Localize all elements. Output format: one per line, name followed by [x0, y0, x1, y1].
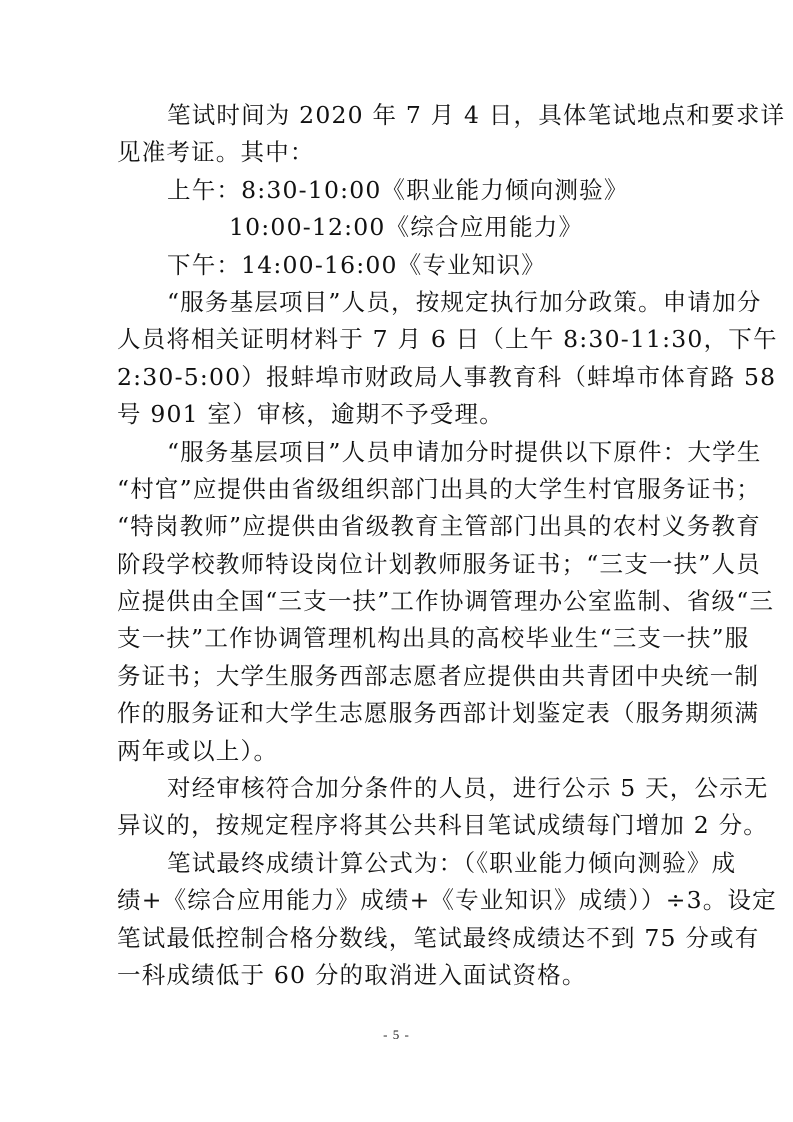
text-line: 支一扶”工作协调管理机构出具的高校毕业生“三支一扶”服 [117, 620, 679, 657]
schedule-subject: 《职业能力倾向测验》 [382, 176, 629, 204]
paragraph-exam-time: 笔试时间为 2020 年 7 月 4 日，具体笔试地点和要求详 见准考证。其中： [117, 97, 679, 172]
paragraph-bonus-policy: “服务基层项目”人员，按规定执行加分政策。申请加分 人员将相关证明材料于 7 月… [117, 284, 679, 434]
text-line: 见准考证。其中： [117, 134, 679, 171]
text-line: 异议的，按规定程序将其公共科目笔试成绩每门增加 2 分。 [117, 807, 679, 844]
text-line: 两年或以上）。 [117, 733, 679, 770]
text-line: 绩+《综合应用能力》成绩+《专业知识》成绩））÷3。设定 [117, 882, 679, 919]
schedule-time: 8:30-10:00 [241, 176, 381, 204]
text-line: 笔试最终成绩计算公式为：（《职业能力倾向测验》成 [117, 845, 679, 882]
text-line: 作的服务证和大学生志愿服务西部计划鉴定表（服务期须满 [117, 695, 679, 732]
text-line: 笔试时间为 2020 年 7 月 4 日，具体笔试地点和要求详 [117, 97, 679, 134]
schedule-period: 下午： [167, 251, 241, 279]
schedule-time: 10:00-12:00 [229, 213, 386, 241]
page-body: 笔试时间为 2020 年 7 月 4 日，具体笔试地点和要求详 见准考证。其中：… [117, 97, 679, 994]
schedule-period: 上午： [167, 176, 241, 204]
document-page: 笔试时间为 2020 年 7 月 4 日，具体笔试地点和要求详 见准考证。其中：… [0, 0, 793, 1122]
text-line: “服务基层项目”人员申请加分时提供以下原件：大学生 [117, 434, 679, 471]
text-line: “服务基层项目”人员，按规定执行加分政策。申请加分 [117, 284, 679, 321]
schedule-item: 10:00-12:00《综合应用能力》 [117, 209, 679, 246]
text-line: 号 901 室）审核，逾期不予受理。 [117, 396, 679, 433]
paragraph-score-formula: 笔试最终成绩计算公式为：（《职业能力倾向测验》成 绩+《综合应用能力》成绩+《专… [117, 845, 679, 995]
paragraph-publicity: 对经审核符合加分条件的人员，进行公示 5 天，公示无 异议的，按规定程序将其公共… [117, 770, 679, 845]
text-line: 2:30-5:00）报蚌埠市财政局人事教育科（蚌埠市体育路 58 [117, 359, 679, 396]
text-line: 阶段学校教师特设岗位计划教师服务证书；“三支一扶”人员 [117, 546, 679, 583]
text-line: “村官”应提供由省级组织部门出具的大学生村官服务证书； [117, 471, 679, 508]
paragraph-required-documents: “服务基层项目”人员申请加分时提供以下原件：大学生 “村官”应提供由省级组织部门… [117, 434, 679, 771]
page-number: - 5 - [0, 1027, 793, 1043]
schedule-subject: 《专业知识》 [398, 251, 546, 279]
text-line: 一科成绩低于 60 分的取消进入面试资格。 [117, 957, 679, 994]
text-line: 对经审核符合加分条件的人员，进行公示 5 天，公示无 [117, 770, 679, 807]
exam-schedule: 上午：8:30-10:00《职业能力倾向测验》 10:00-12:00《综合应用… [117, 172, 679, 284]
schedule-subject: 《综合应用能力》 [386, 213, 584, 241]
schedule-item: 下午：14:00-16:00《专业知识》 [117, 247, 679, 284]
text-line: “特岗教师”应提供由省级教育主管部门出具的农村义务教育 [117, 508, 679, 545]
schedule-time: 14:00-16:00 [241, 251, 398, 279]
text-line: 应提供由全国“三支一扶”工作协调管理办公室监制、省级“三 [117, 583, 679, 620]
text-line: 笔试最低控制合格分数线，笔试最终成绩达不到 75 分或有 [117, 920, 679, 957]
schedule-item: 上午：8:30-10:00《职业能力倾向测验》 [117, 172, 679, 209]
text-line: 务证书；大学生服务西部志愿者应提供由共青团中央统一制 [117, 658, 679, 695]
text-line: 人员将相关证明材料于 7 月 6 日（上午 8:30-11:30，下午 [117, 321, 679, 358]
